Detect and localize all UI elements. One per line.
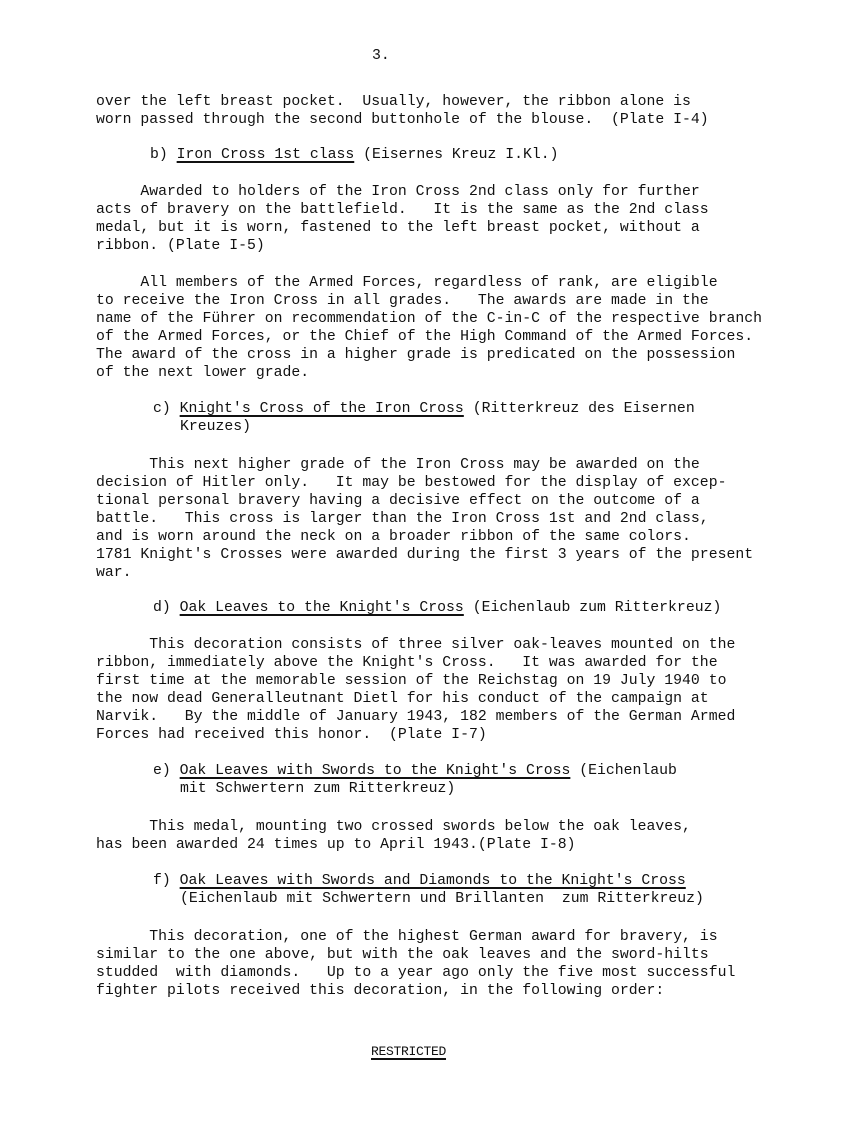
paragraph-line: This next higher grade of the Iron Cross…: [96, 456, 700, 474]
section-letter: e): [153, 763, 171, 779]
paragraph-line: acts of bravery on the battlefield. It i…: [96, 201, 709, 219]
paragraph-line: Forces had received this honor. (Plate I…: [96, 726, 487, 744]
paragraph-line: similar to the one above, but with the o…: [96, 946, 709, 964]
intro-line: worn passed through the second buttonhol…: [96, 111, 709, 129]
section-heading-c: c) Knight's Cross of the Iron Cross (Rit…: [153, 400, 695, 418]
paragraph-line: This decoration consists of three silver…: [96, 636, 735, 654]
section-title: Oak Leaves to the Knight's Cross: [180, 600, 464, 616]
document-page: 3. over the left breast pocket. Usually,…: [0, 0, 864, 1128]
paragraph-line: The award of the cross in a higher grade…: [96, 346, 735, 364]
paragraph-line: name of the Führer on recommendation of …: [96, 310, 762, 328]
paragraph-line: Awarded to holders of the Iron Cross 2nd…: [96, 183, 700, 201]
paragraph-line: studded with diamonds. Up to a year ago …: [96, 964, 735, 982]
section-heading-b: b) Iron Cross 1st class (Eisernes Kreuz …: [150, 146, 559, 164]
paragraph-line: tional personal bravery having a decisiv…: [96, 492, 700, 510]
paragraph-line: of the Armed Forces, or the Chief of the…: [96, 328, 753, 346]
section-title: Oak Leaves with Swords to the Knight's C…: [180, 763, 571, 779]
paragraph-line: ribbon, immediately above the Knight's C…: [96, 654, 718, 672]
paragraph-line: Narvik. By the middle of January 1943, 1…: [96, 708, 735, 726]
classification-footer: RESTRICTED: [371, 1043, 446, 1061]
section-letter: b): [150, 147, 168, 163]
paragraph-line: decision of Hitler only. It may be besto…: [96, 474, 726, 492]
section-title: Oak Leaves with Swords and Diamonds to t…: [180, 873, 686, 889]
paragraph-line: war.: [96, 564, 132, 582]
paragraph-line: to receive the Iron Cross in all grades.…: [96, 292, 709, 310]
section-german-title: (Eichenlaub: [579, 763, 677, 779]
paragraph-line: and is worn around the neck on a broader…: [96, 528, 691, 546]
section-german-title: (Ritterkreuz des Eisernen: [473, 401, 695, 417]
paragraph-line: has been awarded 24 times up to April 19…: [96, 836, 576, 854]
paragraph-line: the now dead Generalleutnant Dietl for h…: [96, 690, 709, 708]
section-german-title: (Eichenlaub zum Ritterkreuz): [473, 600, 722, 616]
section-heading-e: e) Oak Leaves with Swords to the Knight'…: [153, 762, 677, 780]
paragraph-line: All members of the Armed Forces, regardl…: [96, 274, 718, 292]
section-heading-d: d) Oak Leaves to the Knight's Cross (Eic…: [153, 599, 721, 617]
section-letter: c): [153, 401, 171, 417]
section-letter: f): [153, 873, 171, 889]
paragraph-line: fighter pilots received this decoration,…: [96, 982, 664, 1000]
section-title: Knight's Cross of the Iron Cross: [180, 401, 464, 417]
section-german-title-cont: Kreuzes): [180, 418, 251, 436]
paragraph-line: medal, but it is worn, fastened to the l…: [96, 219, 700, 237]
section-heading-f: f) Oak Leaves with Swords and Diamonds t…: [153, 872, 686, 890]
intro-line: over the left breast pocket. Usually, ho…: [96, 93, 691, 111]
paragraph-line: battle. This cross is larger than the Ir…: [96, 510, 709, 528]
page-number: 3.: [372, 47, 390, 65]
section-german-title-cont: mit Schwertern zum Ritterkreuz): [180, 780, 455, 798]
section-german-title-cont: (Eichenlaub mit Schwertern und Brillante…: [180, 890, 704, 908]
paragraph-line: This medal, mounting two crossed swords …: [96, 818, 691, 836]
paragraph-line: This decoration, one of the highest Germ…: [96, 928, 718, 946]
section-letter: d): [153, 600, 171, 616]
paragraph-line: of the next lower grade.: [96, 364, 309, 382]
paragraph-line: first time at the memorable session of t…: [96, 672, 726, 690]
section-title: Iron Cross 1st class: [177, 147, 355, 163]
section-german-title: (Eisernes Kreuz I.Kl.): [363, 147, 558, 163]
paragraph-line: ribbon. (Plate I-5): [96, 237, 265, 255]
paragraph-line: 1781 Knight's Crosses were awarded durin…: [96, 546, 753, 564]
